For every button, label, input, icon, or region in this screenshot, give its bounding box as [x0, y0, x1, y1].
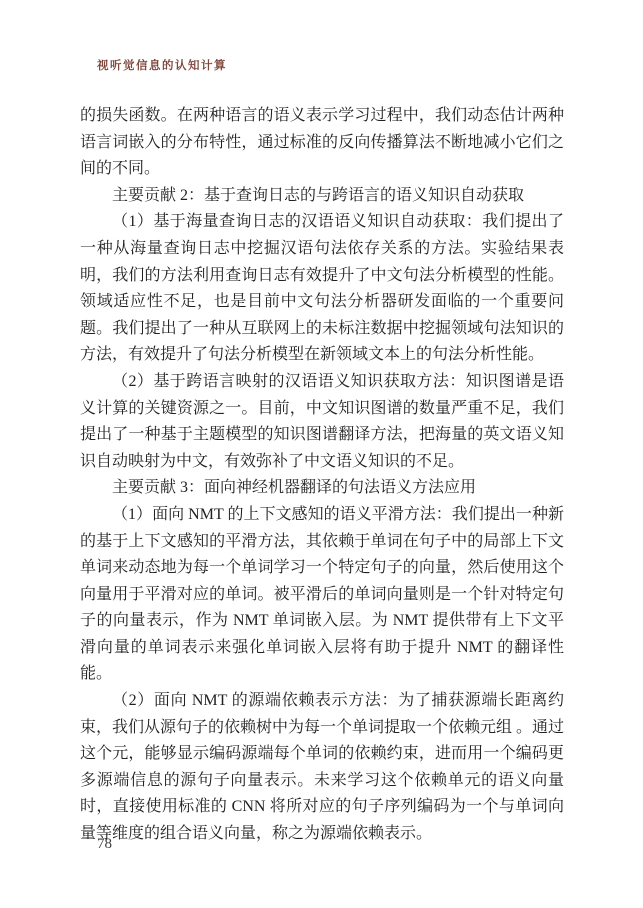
document-page: 视听觉信息的认知计算 的损失函数。在两种语言的语义表示学习过程中，我们动态估计两… — [0, 0, 643, 908]
paragraph: （1）基于海量查询日志的汉语语义知识自动获取：我们提出了一种从海量查询日志中挖掘… — [80, 209, 564, 369]
paragraph: 主要贡献 3：面向神经机器翻译的句法语义方法应用 — [80, 475, 564, 502]
running-header: 视听觉信息的认知计算 — [97, 57, 227, 73]
paragraph: 的损失函数。在两种语言的语义表示学习过程中，我们动态估计两种语言词嵌入的分布特性… — [80, 103, 564, 183]
paragraph: 主要贡献 2：基于查询日志的与跨语言的语义知识自动获取 — [80, 183, 564, 210]
paragraph: （1）面向 NMT 的上下文感知的语义平滑方法：我们提出一种新的基于上下文感知的… — [80, 502, 564, 688]
paragraph: （2）面向 NMT 的源端依赖表示方法：为了捕获源端长距离约束，我们从源句子的依… — [80, 688, 564, 848]
paragraph: （2）基于跨语言映射的汉语语义知识获取方法：知识图谱是语义计算的关键资源之一。目… — [80, 369, 564, 475]
page-body: 的损失函数。在两种语言的语义表示学习过程中，我们动态估计两种语言词嵌入的分布特性… — [80, 103, 564, 848]
page-number: 78 — [97, 836, 112, 853]
